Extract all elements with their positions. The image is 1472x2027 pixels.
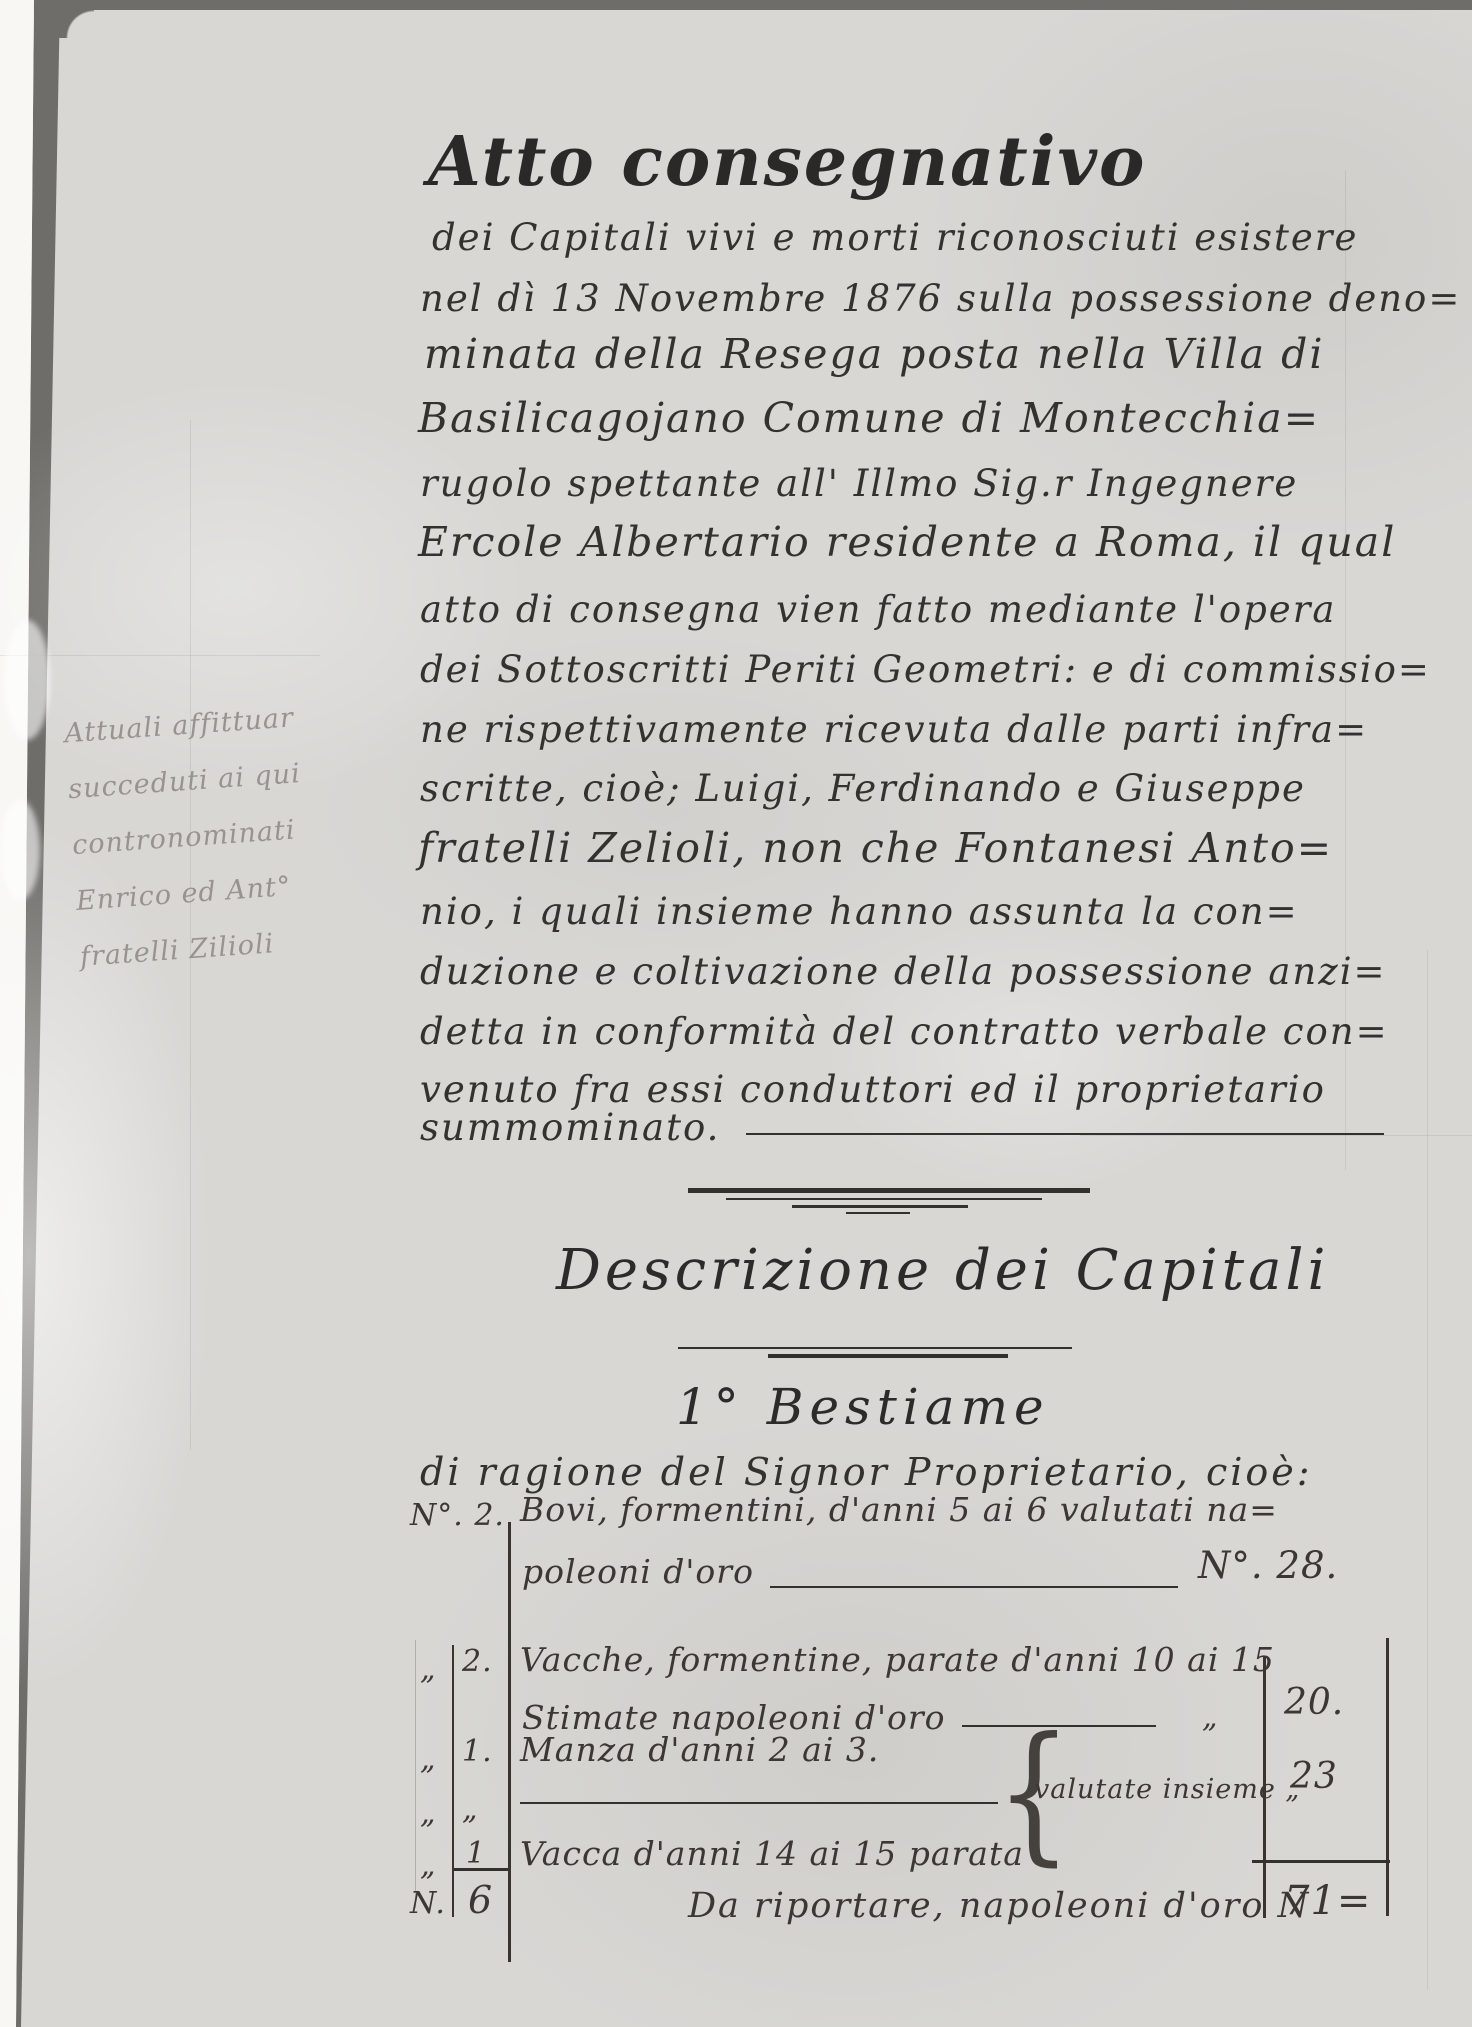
section-subheading: 1° Bestiame <box>676 1378 1050 1436</box>
ditto-mark: „ <box>1202 1700 1219 1735</box>
body-line: scritte, cioè; Luigi, Ferdinando e Giuse… <box>420 767 1306 810</box>
ditto-mark: „ <box>420 1848 437 1883</box>
body-line: nio, i quali insieme hanno assunta la co… <box>420 890 1299 933</box>
paper-crease <box>1080 1135 1472 1136</box>
table-rule-vertical <box>508 1522 511 1962</box>
paper-crease <box>1427 950 1428 1990</box>
body-line: Ercole Albertario residente a Roma, il q… <box>418 518 1396 566</box>
page-corner-shadow <box>48 4 94 38</box>
divider-flourish <box>688 1188 1090 1193</box>
heading-underline <box>678 1347 1072 1349</box>
sum-rule <box>454 1868 508 1871</box>
total-value: 71= <box>1284 1878 1371 1924</box>
body-line: venuto fra essi conduttori ed il proprie… <box>420 1068 1326 1111</box>
divider-flourish <box>792 1205 968 1208</box>
body-line: atto di consegna vien fatto mediante l'o… <box>420 588 1336 631</box>
ditto-mark: „ <box>462 1792 479 1827</box>
ledger-fill-rule <box>770 1586 1178 1588</box>
closing-rule <box>746 1133 1384 1135</box>
margin-note: Attuali affittuar succeduti ai qui contr… <box>63 690 315 986</box>
heading-underline <box>768 1354 1008 1358</box>
ditto-mark: „ <box>420 1652 437 1687</box>
body-line: Basilicagojano Comune di Montecchia= <box>418 394 1320 442</box>
carry-forward-line: Da riportare, napoleoni d'oro N <box>688 1886 1310 1926</box>
ditto-mark: „ <box>420 1796 437 1831</box>
ledger-entry-line: Vacche, formentine, parate d'anni 10 ai … <box>520 1640 1275 1679</box>
body-line: nel dì 13 Novembre 1876 sulla possession… <box>420 277 1461 320</box>
ditto-mark: „ <box>420 1742 437 1777</box>
document-title: Atto consegnativo <box>428 122 1146 202</box>
paper-wear-spot <box>4 620 50 740</box>
table-rule-vertical <box>452 1645 454 1917</box>
ledger-entry-line: poleoni d'oro <box>522 1552 754 1591</box>
body-line: summominato. <box>420 1106 720 1149</box>
ledger-value: 23 <box>1290 1756 1338 1797</box>
ledger-qty: N°. 2. <box>410 1498 505 1533</box>
total-qty: 6 <box>468 1878 493 1922</box>
body-line: fratelli Zelioli, non che Fontanesi Anto… <box>418 824 1333 872</box>
body-line: minata della Resega posta nella Villa di <box>424 330 1325 378</box>
sum-rule <box>1252 1860 1390 1863</box>
ledger-qty: 1 <box>466 1836 486 1871</box>
body-line: rugolo spettante all' Illmo Sig.r Ingegn… <box>420 462 1298 505</box>
divider-flourish <box>726 1198 1042 1200</box>
body-line: dei Sottoscritti Periti Geometri: e di c… <box>420 648 1431 691</box>
paper-wear-spot <box>0 800 40 900</box>
ledger-group-note: valutate insieme „ <box>1034 1774 1300 1805</box>
ledger-fill-rule <box>520 1802 998 1804</box>
ledger-entry-line: Manza d'anni 2 ai 3. <box>520 1730 879 1769</box>
table-rule-vertical <box>415 1640 416 1908</box>
body-line: ne rispettivamente ricevuta dalle parti … <box>420 708 1368 751</box>
scanned-document-page: Atto consegnativo dei Capitali vivi e mo… <box>0 0 1472 2027</box>
body-line: dei Capitali vivi e morti riconosciuti e… <box>432 216 1358 259</box>
ledger-entry-line: Vacca d'anni 14 ai 15 parata <box>520 1834 1024 1873</box>
page-edge-shadow-top <box>30 0 1472 10</box>
section-intro: di ragione del Signor Proprietario, cioè… <box>420 1450 1313 1494</box>
ledger-qty: 2. <box>462 1644 493 1679</box>
body-line: detta in conformità del contratto verbal… <box>420 1010 1389 1053</box>
total-label: N. <box>410 1886 446 1921</box>
ledger-value: N°. 28. <box>1198 1544 1338 1587</box>
table-rule-vertical <box>1386 1638 1389 1916</box>
body-line: duzione e coltivazione della possessione… <box>420 950 1387 993</box>
ledger-entry-line: Bovi, formentini, d'anni 5 ai 6 valutati… <box>520 1490 1278 1529</box>
ledger-qty: 1. <box>462 1734 493 1769</box>
divider-flourish <box>846 1212 910 1214</box>
ledger-value: 20. <box>1284 1682 1344 1723</box>
section-heading: Descrizione dei Capitali <box>556 1238 1329 1303</box>
